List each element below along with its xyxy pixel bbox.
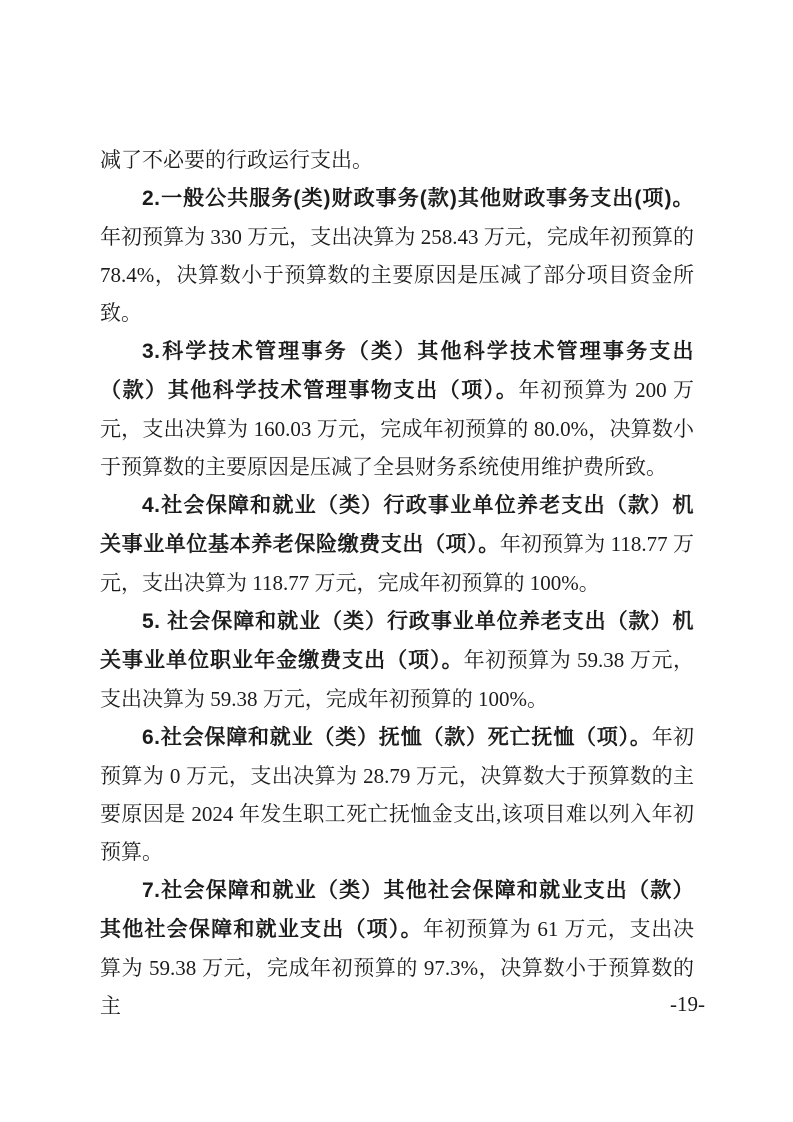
paragraph-item-5: 5. 社会保障和就业（类）行政事业单位养老支出（款）机关事业单位职业年金缴费支出… <box>100 602 694 718</box>
page-number: -19- <box>670 992 705 1016</box>
paragraph-item-7: 7.社会保障和就业（类）其他社会保障和就业支出（款）其他社会保障和就业支出（项）… <box>100 871 694 1025</box>
paragraph-item-4: 4.社会保障和就业（类）行政事业单位养老支出（款）机关事业单位基本养老保险缴费支… <box>100 486 694 602</box>
paragraph-text: 减了不必要的行政运行支出。 <box>100 148 373 172</box>
paragraph-continuation: 减了不必要的行政运行支出。 <box>100 141 694 179</box>
paragraph-item-6: 6.社会保障和就业（类）抚恤（款）死亡抚恤（项）。年初预算为 0 万元，支出决算… <box>100 718 694 871</box>
paragraph-heading: 6.社会保障和就业（类）抚恤（款）死亡抚恤（项）。 <box>142 726 652 749</box>
paragraph-item-3: 3.科学技术管理事务（类）其他科学技术管理事务支出（款）其他科学技术管理事物支出… <box>100 332 694 486</box>
paragraph-heading: 2.一般公共服务(类)财政事务(款)其他财政事务支出(项)。 <box>142 187 694 210</box>
paragraph-text: 年初预算为 330 万元，支出决算为 258.43 万元，完成年初预算的 78.… <box>100 225 694 325</box>
paragraph-item-2: 2.一般公共服务(类)财政事务(款)其他财政事务支出(项)。年初预算为 330 … <box>100 179 694 332</box>
document-body: 减了不必要的行政运行支出。 2.一般公共服务(类)财政事务(款)其他财政事务支出… <box>100 141 694 1025</box>
document-page: 减了不必要的行政运行支出。 2.一般公共服务(类)财政事务(款)其他财政事务支出… <box>0 0 793 1122</box>
